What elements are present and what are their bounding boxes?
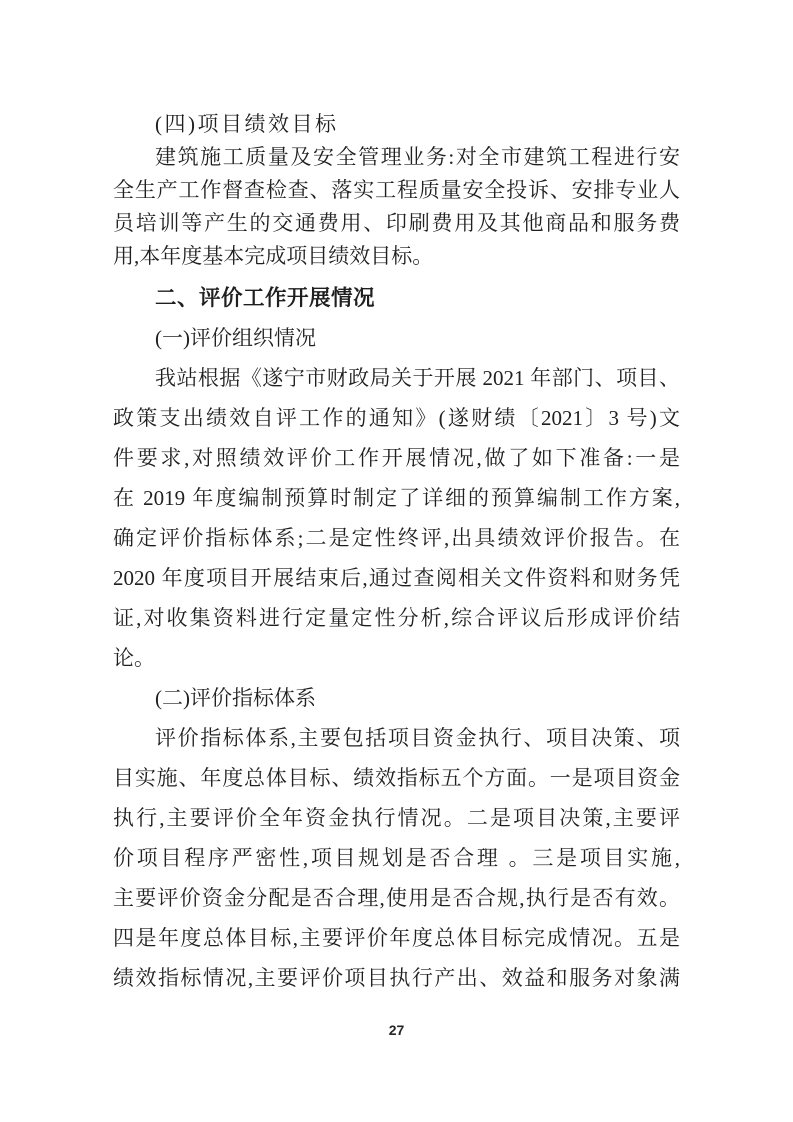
paragraph-project-goals: (四)项目绩效目标 建筑施工质量及安全管理业务:对全市建筑工程进行安 全生产工作… xyxy=(113,108,680,273)
document-body: (四)项目绩效目标 建筑施工质量及安全管理业务:对全市建筑工程进行安 全生产工作… xyxy=(113,108,680,998)
chapter-heading-2: 二、评价工作开展情况 xyxy=(113,278,680,318)
section-heading-2-1: (一)评价组织情况 xyxy=(113,318,680,358)
text-line: 用,本年度基本完成项目绩效目标。 xyxy=(113,240,680,273)
text-line: 论。 xyxy=(113,638,680,678)
text-line: 件要求,对照绩效评价工作开展情况,做了如下准备:一是 xyxy=(113,438,680,478)
text-line: 证,对收集资料进行定量定性分析,综合评议后形成评价结 xyxy=(113,598,680,638)
paragraph-evaluation-organization: (一)评价组织情况 我站根据《遂宁市财政局关于开展 2021 年部门、项目、 政… xyxy=(113,318,680,678)
section-heading-2-2: (二)评价指标体系 xyxy=(113,678,680,718)
text-line: 全生产工作督查检查、落实工程质量安全投诉、安排专业人 xyxy=(113,174,680,207)
page-number: 27 xyxy=(0,1021,793,1039)
text-line: 确定评价指标体系;二是定性终评,出具绩效评价报告。在 xyxy=(113,518,680,558)
paragraph-indicator-system: (二)评价指标体系 评价指标体系,主要包括项目资金执行、项目决策、项 目实施、年… xyxy=(113,678,680,998)
text-line: 执行,主要评价全年资金执行情况。二是项目决策,主要评 xyxy=(113,798,680,838)
text-line: 评价指标体系,主要包括项目资金执行、项目决策、项 xyxy=(113,718,680,758)
text-line: 员培训等产生的交通费用、印刷费用及其他商品和服务费 xyxy=(113,207,680,240)
text-line: 建筑施工质量及安全管理业务:对全市建筑工程进行安 xyxy=(113,141,680,174)
text-line: 四是年度总体目标,主要评价年度总体目标完成情况。五是 xyxy=(113,918,680,958)
text-line: 绩效指标情况,主要评价项目执行产出、效益和服务对象满 xyxy=(113,958,680,998)
text-line: 主要评价资金分配是否合理,使用是否合规,执行是否有效。 xyxy=(113,878,680,918)
document-page: (四)项目绩效目标 建筑施工质量及安全管理业务:对全市建筑工程进行安 全生产工作… xyxy=(0,0,793,1122)
text-line: 在 2019 年度编制预算时制定了详细的预算编制工作方案, xyxy=(113,478,680,518)
text-line: 价项目程序严密性,项目规划是否合理 。三是项目实施, xyxy=(113,838,680,878)
text-line: 政策支出绩效自评工作的通知》(遂财绩〔2021〕3 号)文 xyxy=(113,398,680,438)
section-heading-4: (四)项目绩效目标 xyxy=(113,108,680,141)
text-line: 目实施、年度总体目标、绩效指标五个方面。一是项目资金 xyxy=(113,758,680,798)
text-line: 2020 年度项目开展结束后,通过查阅相关文件资料和财务凭 xyxy=(113,558,680,598)
text-line: 我站根据《遂宁市财政局关于开展 2021 年部门、项目、 xyxy=(113,358,680,398)
